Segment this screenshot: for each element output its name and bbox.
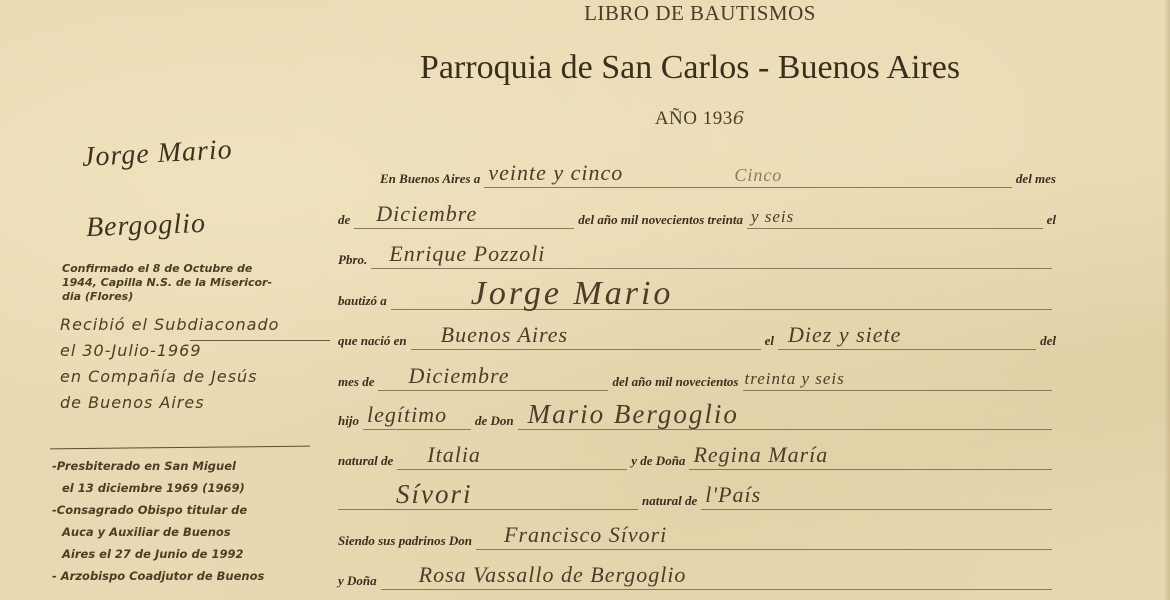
godmother-field: Rosa Vassallo de Bergoglio (381, 563, 1052, 590)
confirmation-line: 1944, Capilla N.S. de la Misericor- (62, 276, 332, 290)
printed-label: de Don (475, 413, 514, 430)
form-row-month-year: de Diciembre del año mil novecientos tre… (338, 199, 1056, 229)
year-label: AÑO 193 (655, 108, 733, 129)
printed-label: del mes (1016, 171, 1056, 188)
legitimacy-field: legítimo (363, 403, 471, 430)
mother-origin-field: l'País (701, 483, 1052, 510)
printed-label: y de Doña (631, 453, 685, 470)
printed-label: bautizó a (338, 293, 387, 310)
margin-separator (50, 446, 310, 450)
year-value: y seis (751, 207, 794, 227)
father-origin-field: Italia (397, 443, 627, 470)
printed-label: En Buenos Aires a (380, 171, 480, 188)
day-field: veinte y cinco Cinco (484, 161, 1012, 188)
birth-year-value: treinta y seis (745, 369, 845, 389)
godfather-value: Francisco Sívori (504, 522, 667, 548)
baptized-name-value: Jorge Mario (471, 275, 674, 313)
later-note-line: Auca y Auxiliar de Buenos (52, 521, 322, 543)
godfather-field: Francisco Sívori (476, 523, 1052, 550)
printed-label: el (1047, 212, 1056, 229)
printed-label: hijo (338, 413, 359, 430)
printed-label: del (1040, 333, 1056, 350)
confirmation-line: dia (Flores) (62, 290, 332, 304)
margin-name-first: Jorge Mario (81, 134, 233, 174)
form-row-date: En Buenos Aires a veinte y cinco Cinco d… (380, 158, 1056, 188)
mother-field: Regina María (689, 443, 1052, 470)
month-value: Diciembre (376, 201, 477, 227)
birthplace-value: Buenos Aires (441, 322, 569, 348)
form-row-birth-month: mes de Diciembre del año mil novecientos… (338, 361, 1056, 391)
godmother-value: Rosa Vassallo de Bergoglio (419, 562, 687, 588)
printed-label: mes de (338, 374, 374, 391)
legitimacy-value: legítimo (367, 402, 447, 428)
day-value-faint: Cinco (734, 165, 782, 186)
subdiaconate-line: Recibió el Subdiaconado (60, 312, 330, 338)
day-value: veinte y cinco (488, 160, 623, 186)
printed-label: Siendo sus padrinos Don (338, 533, 472, 550)
form-row-godmother: y Doña Rosa Vassallo de Bergoglio (338, 560, 1056, 590)
subdiaconate-note: Recibió el Subdiaconado el 30-Julio-1969… (60, 312, 330, 416)
form-row-priest: Pbro. Enrique Pozzoli (338, 239, 1056, 269)
parish-title: Parroquia de San Carlos - Buenos Aires (345, 49, 1035, 87)
year-field: y seis (747, 202, 1043, 229)
mother-surname-field: Sívori (338, 483, 638, 510)
form-row-baptized: bautizó a Jorge Mario (338, 280, 1056, 310)
subdiaconate-line: en Compañía de Jesús (60, 364, 330, 390)
mother-surname-value: Sívori (396, 479, 473, 510)
printed-label: de (338, 212, 350, 229)
year-handwritten: 6 (733, 108, 745, 129)
subdiaconate-line: de Buenos Aires (60, 390, 330, 416)
later-note-line: -Consagrado Obispo titular de (52, 499, 322, 521)
birth-month-field: Diciembre (378, 364, 608, 391)
form-row-father: hijo legítimo de Don Mario Bergoglio (338, 400, 1056, 430)
form-row-birthplace: que nació en Buenos Aires el Diez y siet… (338, 320, 1056, 350)
printed-label: natural de (642, 493, 697, 510)
birth-day-field: Diez y siete (778, 323, 1036, 350)
form-row-godfather: Siendo sus padrinos Don Francisco Sívori (338, 520, 1056, 550)
birth-day-value: Diez y siete (788, 322, 901, 348)
printed-label: del año mil novecientos (612, 374, 738, 391)
margin-underline (190, 340, 330, 341)
book-title: LIBRO DE BAUTISMOS (350, 1, 1050, 26)
printed-label: natural de (338, 453, 393, 470)
printed-label: Pbro. (338, 252, 367, 269)
form-row-father-origin: natural de Italia y de Doña Regina María (338, 440, 1056, 470)
mother-value: Regina María (693, 442, 828, 468)
form-row-mother-surname: Sívori natural de l'País (338, 480, 1056, 510)
priest-value: Enrique Pozzoli (389, 241, 545, 267)
father-value: Mario Bergoglio (528, 399, 739, 430)
later-notes: -Presbiterado en San Miguel el 13 diciem… (52, 455, 322, 587)
printed-label: que nació en (338, 333, 407, 350)
printed-label: del año mil novecientos treinta (578, 212, 743, 229)
father-origin-value: Italia (427, 442, 481, 468)
baptized-name-field: Jorge Mario (391, 283, 1052, 310)
later-note-line: el 13 diciembre 1969 (1969) (52, 477, 322, 499)
later-note-line: Aires el 27 de Junio de 1992 (52, 543, 322, 565)
later-note-line: - Arzobispo Coadjutor de Buenos (52, 565, 322, 587)
month-field: Diciembre (354, 202, 574, 229)
margin-name-last: Bergoglio (85, 208, 206, 244)
confirmation-line: Confirmado el 8 de Octubre de (62, 262, 332, 276)
year-line: AÑO 1936 (350, 108, 1050, 130)
page-edge (1164, 0, 1170, 600)
father-field: Mario Bergoglio (518, 403, 1052, 430)
confirmation-note: Confirmado el 8 de Octubre de 1944, Capi… (62, 262, 332, 304)
priest-field: Enrique Pozzoli (371, 242, 1052, 269)
birth-month-value: Diciembre (408, 363, 509, 389)
mother-origin-value: l'País (705, 482, 761, 508)
printed-label: el (765, 333, 774, 350)
birth-year-field: treinta y seis (743, 364, 1053, 391)
later-note-line: -Presbiterado en San Miguel (52, 455, 322, 477)
birthplace-field: Buenos Aires (411, 323, 761, 350)
printed-label: y Doña (338, 573, 377, 590)
subdiaconate-line: el 30-Julio-1969 (60, 338, 330, 364)
